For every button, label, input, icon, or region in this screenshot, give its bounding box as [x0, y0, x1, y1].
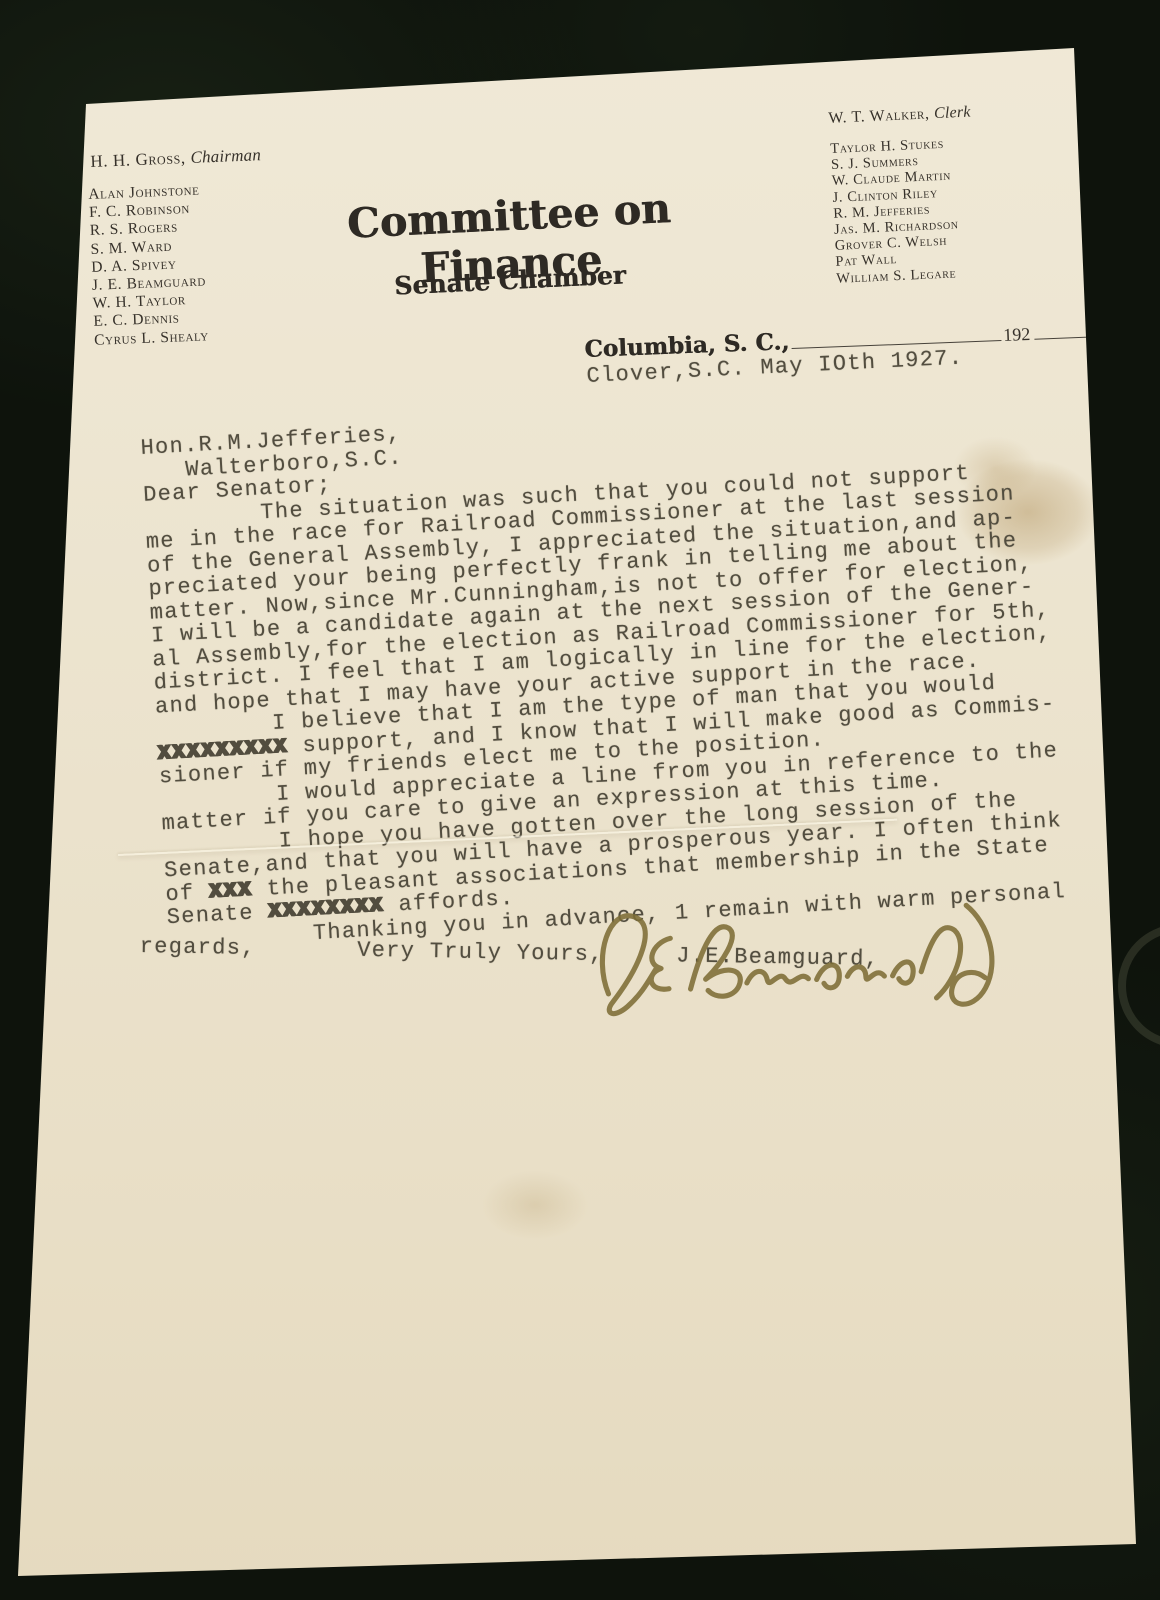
dateline-rule-short [1034, 335, 1092, 340]
signature-ink [578, 870, 1035, 1034]
dateline-year-prefix: 192 [1003, 324, 1031, 346]
dateline-rule [791, 338, 1001, 349]
scan-background: H. H. Gross, Chairman Alan Johnstone F. … [0, 0, 1160, 1600]
chairman-line: H. H. Gross, Chairman [90, 145, 261, 172]
clerk-title: Clerk [934, 104, 971, 123]
member-row: Cyrus L. Shealy [94, 327, 209, 350]
scanner-ring-mark [1118, 924, 1160, 1048]
signature-stroke [601, 903, 994, 1017]
chairman-name: H. H. Gross, [90, 148, 186, 171]
right-members-list: Taylor H. Stukes S. J. Summers W. Claude… [830, 135, 961, 286]
chairman-title: Chairman [190, 145, 261, 167]
typed-letter-body: Hon.R.M.Jefferies, Walterboro,S.C. Dear … [140, 387, 1067, 953]
clerk-line: W. T. Walker, Clerk [828, 104, 971, 128]
left-members-list: Alan Johnstone F. C. Robinson R. S. Roge… [88, 181, 209, 349]
letter-paper: H. H. Gross, Chairman Alan Johnstone F. … [0, 0, 1160, 1600]
clerk-name: W. T. Walker, [828, 105, 930, 127]
